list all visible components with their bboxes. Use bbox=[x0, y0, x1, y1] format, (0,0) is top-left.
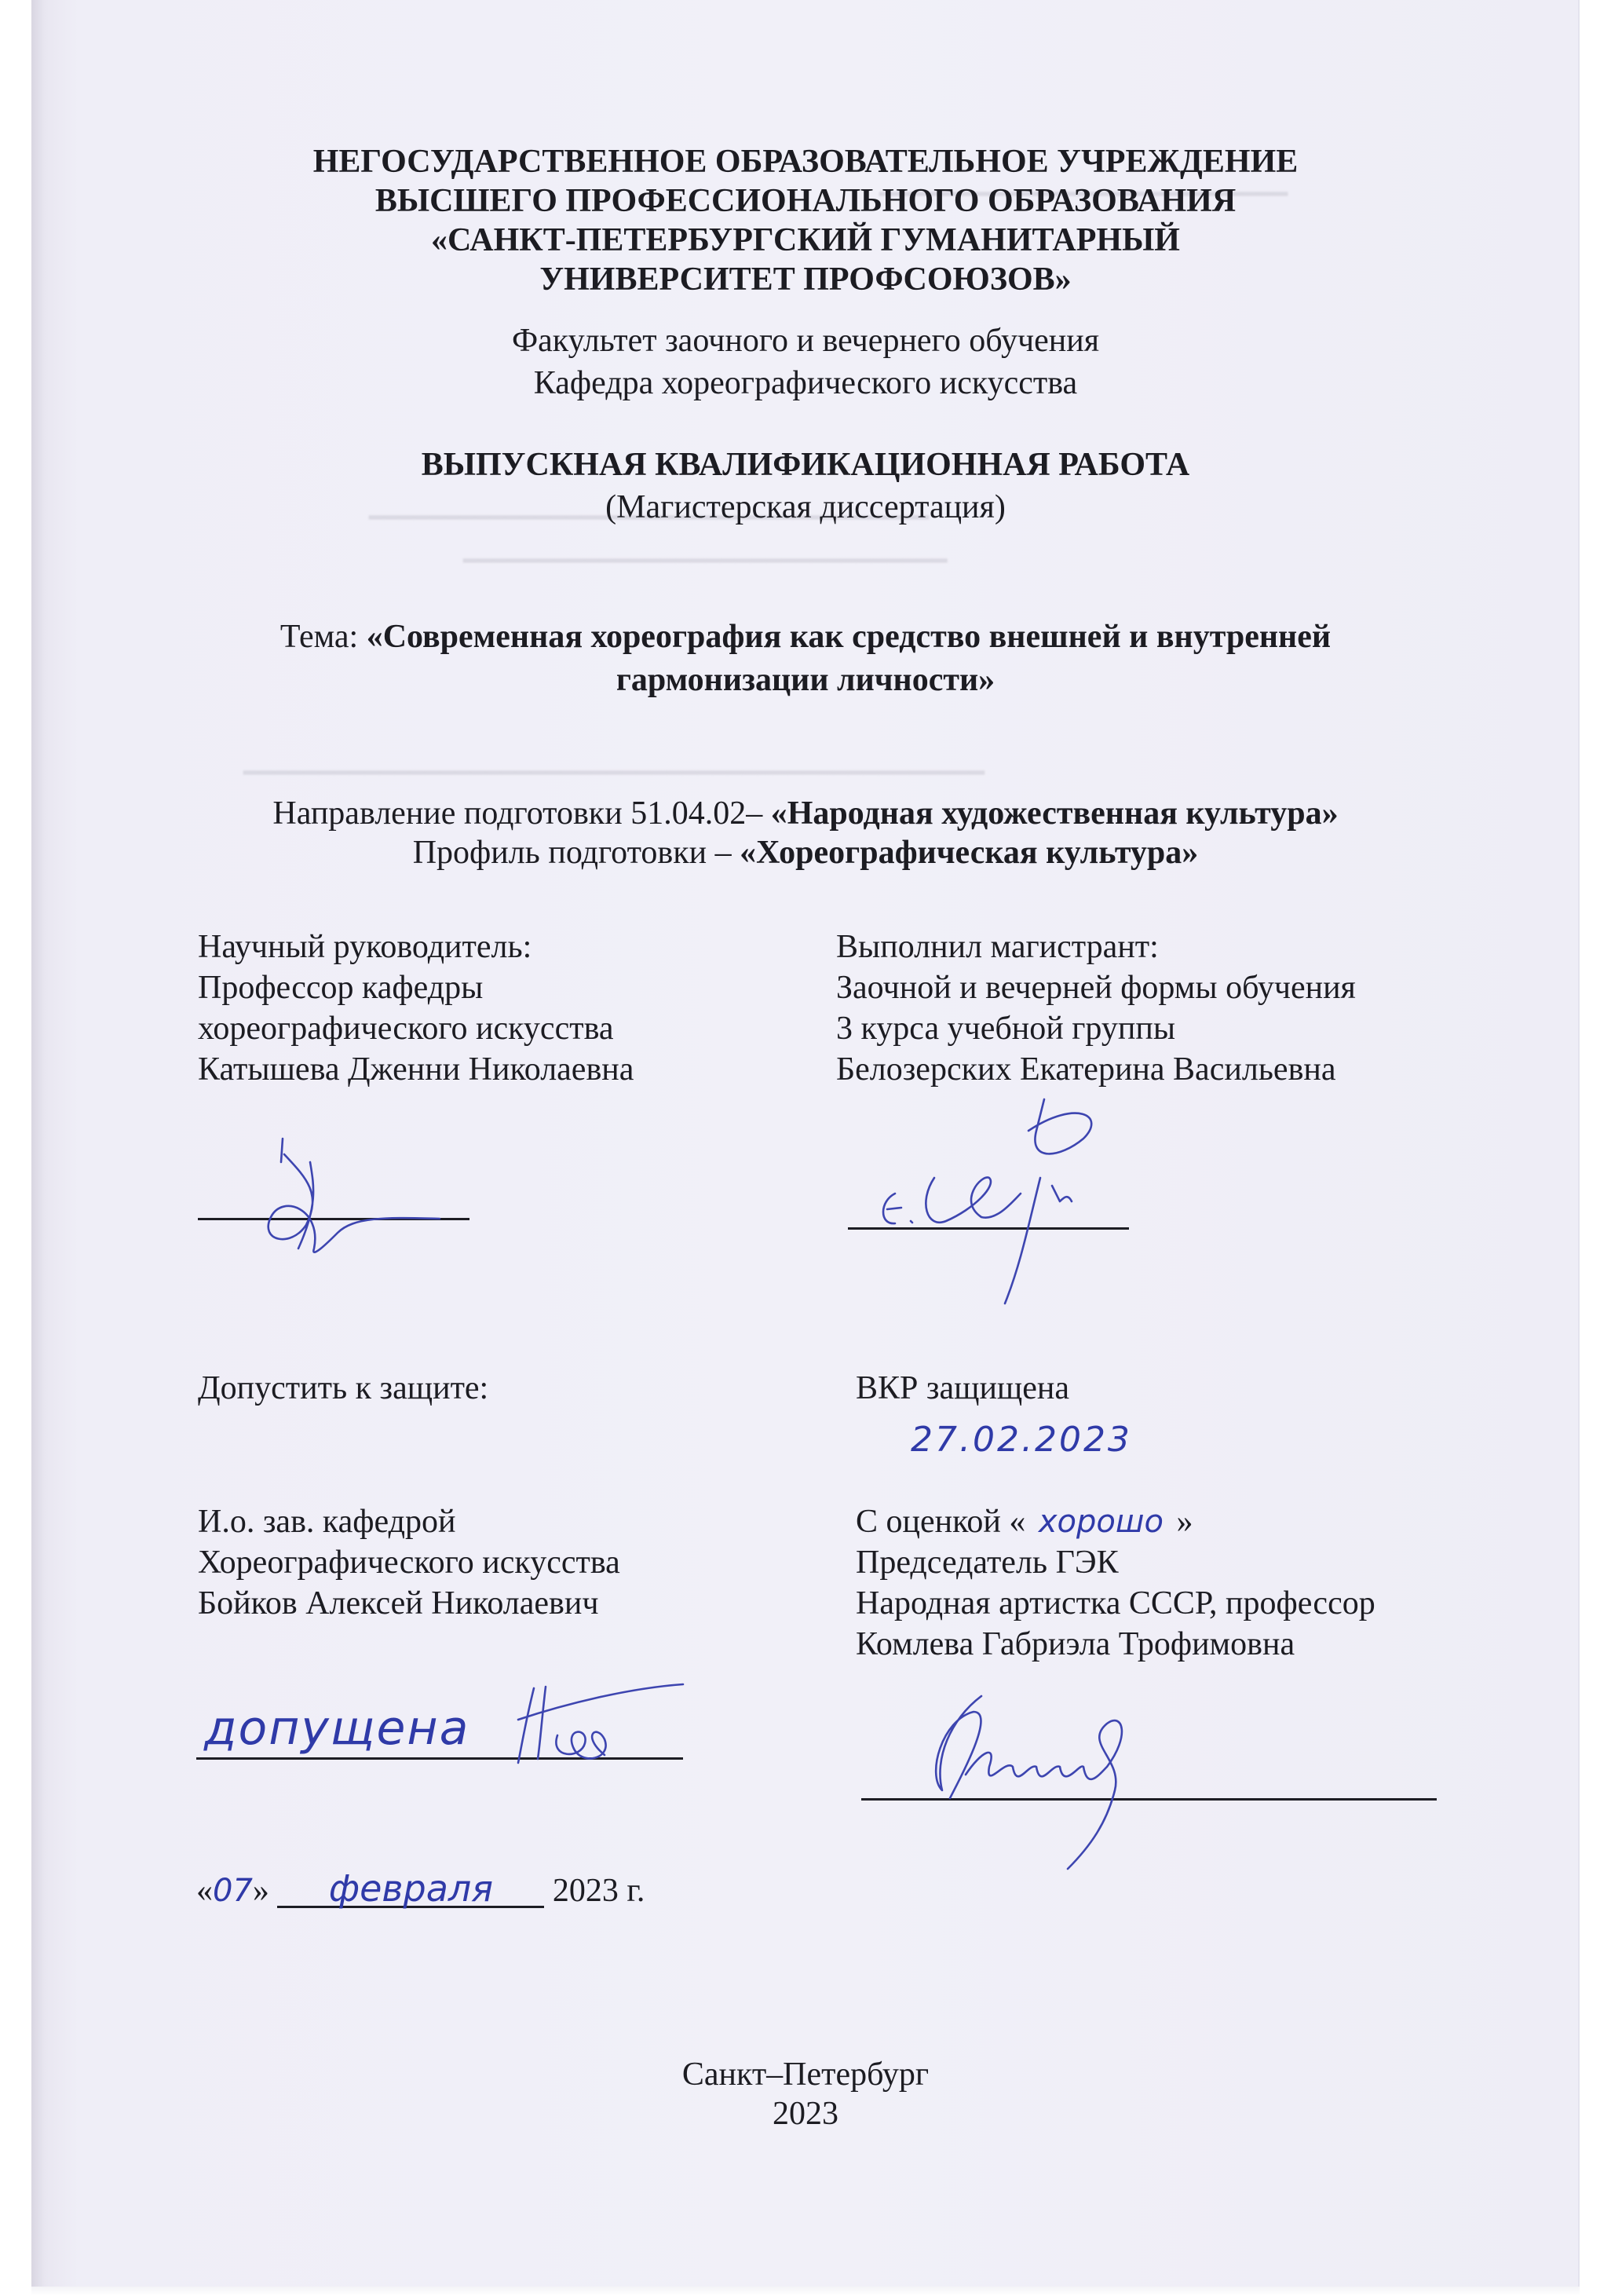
student-study-form: Заочной и вечерней формы обучения bbox=[836, 967, 1356, 1008]
date-open-quote: « bbox=[196, 1873, 213, 1909]
grade-close: » bbox=[1176, 1504, 1193, 1540]
direction: Направление подготовки 51.04.02– «Народн… bbox=[31, 793, 1580, 834]
supervisor-label: Научный руководитель: bbox=[198, 927, 532, 967]
grade-line: С оценкой « хорошо » bbox=[856, 1501, 1193, 1542]
topic-line-1: Тема: «Современная хореография как средс… bbox=[31, 616, 1580, 657]
topic-title: «Современная хореография как средство вн… bbox=[367, 619, 1331, 655]
supervisor-position-2: хореографического искусства bbox=[198, 1008, 614, 1049]
defense-label: ВКР защищена bbox=[856, 1368, 1069, 1409]
head-name: Бойков Алексей Николаевич bbox=[198, 1583, 598, 1624]
topic-prefix: Тема: bbox=[280, 619, 367, 655]
supervisor-name: Катышева Дженни Николаевна bbox=[198, 1049, 634, 1090]
date-close-quote: » bbox=[253, 1873, 269, 1909]
grade-label: С оценкой « bbox=[856, 1504, 1025, 1540]
supervisor-signature bbox=[236, 1131, 455, 1264]
defense-date-handwritten: 27.02.2023 bbox=[911, 1420, 1132, 1460]
student-course: 3 курса учебной группы bbox=[836, 1008, 1175, 1049]
profile: Профиль подготовки – «Хореографическая к… bbox=[31, 832, 1580, 873]
work-type-subtitle: (Магистерская диссертация) bbox=[31, 487, 1580, 528]
date-year: 2023 г. bbox=[553, 1873, 645, 1909]
institution-line-4: УНИВЕРСИТЕТ ПРОФСОЮЗОВ» bbox=[31, 259, 1580, 300]
student-signature bbox=[871, 1084, 1154, 1319]
date-day-handwritten: 07 bbox=[213, 1873, 253, 1909]
institution-line-1: НЕГОСУДАРСТВЕННОЕ ОБРАЗОВАТЕЛЬНОЕ УЧРЕЖД… bbox=[31, 141, 1580, 182]
chair-rank: Народная артистка СССР, профессор bbox=[856, 1583, 1375, 1624]
date-month-handwritten: февраля bbox=[277, 1871, 544, 1908]
faculty: Факультет заочного и вечернего обучения bbox=[31, 320, 1580, 361]
direction-value: «Народная художественная культура» bbox=[771, 795, 1339, 832]
head-department: Хореографического искусства bbox=[198, 1542, 620, 1583]
head-title: И.о. зав. кафедрой bbox=[198, 1501, 455, 1542]
grade-value-handwritten: хорошо bbox=[1039, 1504, 1164, 1540]
city: Санкт–Петербург bbox=[31, 2054, 1580, 2095]
bleed-through-text: ━━━━━━━━━━━━━━━━━━━━━━━━━━━━━━━━━━━━━━━━… bbox=[243, 758, 985, 788]
year: 2023 bbox=[31, 2093, 1580, 2134]
chair-name: Комлева Габриэла Трофимовна bbox=[856, 1624, 1295, 1665]
admission-label: Допустить к защите: bbox=[198, 1368, 488, 1409]
student-label: Выполнил магистрант: bbox=[836, 927, 1159, 967]
chair-title: Председатель ГЭК bbox=[856, 1542, 1119, 1583]
topic-line-2: гармонизации личности» bbox=[31, 660, 1580, 700]
bleed-through-text: ━━━━━━━━━━━━━━━━━━━━━━━━━━━━━━━━ bbox=[463, 546, 948, 576]
institution-line-2: ВЫСШЕГО ПРОФЕССИОНАЛЬНОГО ОБРАЗОВАНИЯ bbox=[31, 181, 1580, 221]
institution-line-3: «САНКТ-ПЕТЕРБУРГСКИЙ ГУМАНИТАРНЫЙ bbox=[31, 220, 1580, 261]
direction-label: Направление подготовки 51.04.02– bbox=[272, 795, 770, 832]
profile-value: «Хореографическая культура» bbox=[740, 835, 1198, 871]
profile-label: Профиль подготовки – bbox=[413, 835, 740, 871]
head-signature bbox=[502, 1680, 691, 1775]
work-type-title: ВЫПУСКНАЯ КВАЛИФИКАЦИОННАЯ РАБОТА bbox=[31, 444, 1580, 485]
department: Кафедра хореографического искусства bbox=[31, 363, 1580, 404]
supervisor-position-1: Профессор кафедры bbox=[198, 967, 483, 1008]
admission-date: «07» февраля 2023 г. bbox=[196, 1870, 645, 1911]
page-edge bbox=[31, 2287, 1580, 2296]
admission-note-handwritten: допущена bbox=[204, 1701, 469, 1756]
chair-signature bbox=[895, 1688, 1146, 1869]
